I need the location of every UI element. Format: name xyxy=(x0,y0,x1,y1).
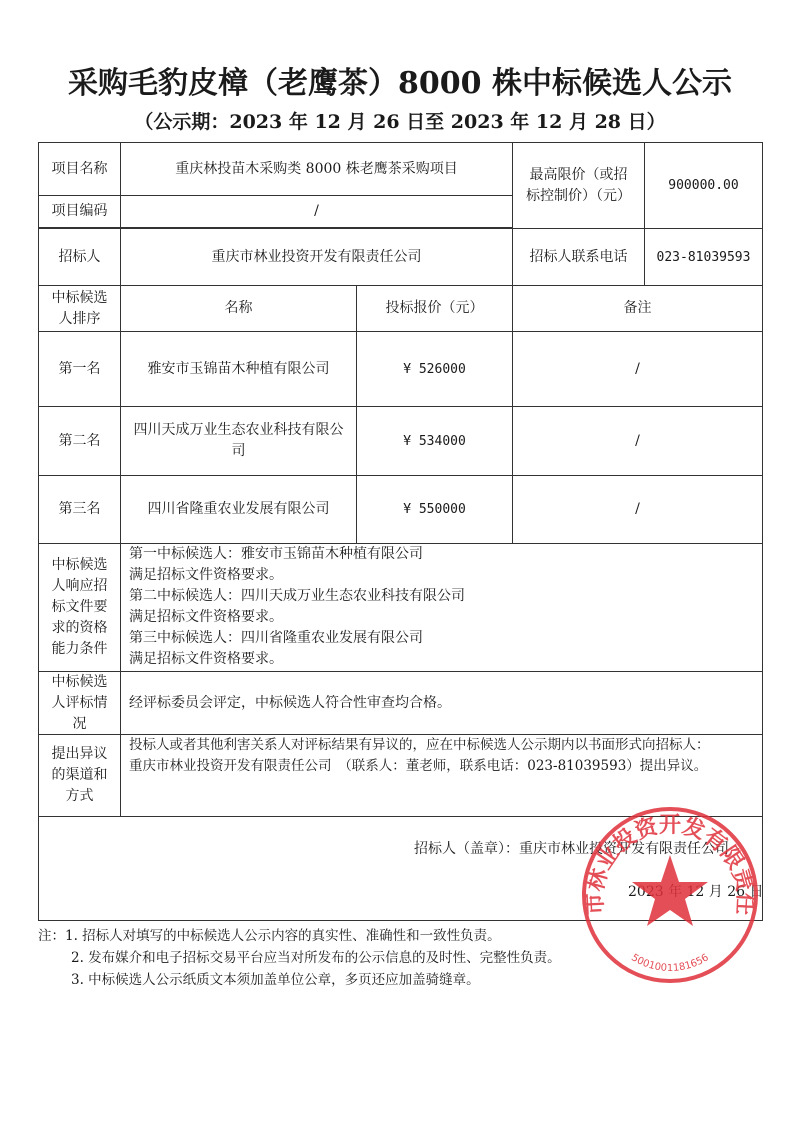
evaluation-value: 经评标委员会评定，中标候选人符合性审查均合格。 xyxy=(120,671,763,735)
project-name-value: 重庆林投苗木采购类 8000 株老鹰茶采购项目 xyxy=(120,142,513,196)
qualification-line: 满足招标文件资格要求。 xyxy=(129,607,283,628)
evaluation-label: 中标候选人评标情况 xyxy=(38,671,121,735)
tenderer-phone-value: 023-81039593 xyxy=(644,228,763,286)
qualification-line: 第二中标候选人：四川天成万业生态农业科技有限公司 xyxy=(129,586,465,607)
qualification-label: 中标候选人响应招标文件要求的资格能力条件 xyxy=(38,543,121,672)
table-row-price: ¥ 534000 xyxy=(356,406,513,476)
table-row-rank: 第二名 xyxy=(38,406,121,476)
table-row-rank: 第一名 xyxy=(38,331,121,407)
objection-details: 投标人或者其他利害关系人对评标结果有异议的，应在中标候选人公示期内以书面形式向招… xyxy=(120,734,763,817)
table-row-remark: / xyxy=(512,331,763,407)
svg-text:5001001181656: 5001001181656 xyxy=(629,952,711,974)
tenderer-value: 重庆市林业投资开发有限责任公司 xyxy=(120,228,513,286)
tenderer-phone-label: 招标人联系电话 xyxy=(512,228,645,286)
table-row-rank: 第三名 xyxy=(38,475,121,544)
table-row-remark: / xyxy=(512,475,763,544)
table-row-name: 四川天成万业生态农业科技有限公司 xyxy=(120,406,357,476)
stamp-line: 招标人（盖章）：重庆市林业投资开发有限责任公司 xyxy=(414,838,729,858)
header-name: 名称 xyxy=(120,285,357,332)
project-code-value: / xyxy=(120,195,513,228)
tenderer-label: 招标人 xyxy=(38,228,121,286)
objection-line: 重庆市林业投资开发有限责任公司 （联系人：董老师，联系电话：023-810395… xyxy=(129,756,707,777)
table-row-name: 雅安市玉锦苗木种植有限公司 xyxy=(120,331,357,407)
header-rank: 中标候选人排序 xyxy=(38,285,121,332)
table-row-price: ¥ 526000 xyxy=(356,331,513,407)
max-price-value: 900000.00 xyxy=(644,142,763,229)
project-code-label: 项目编码 xyxy=(38,195,121,228)
qualification-line: 第一中标候选人：雅安市玉锦苗木种植有限公司 xyxy=(129,544,423,565)
table-row-price: ¥ 550000 xyxy=(356,475,513,544)
qualification-details: 第一中标候选人：雅安市玉锦苗木种植有限公司 满足招标文件资格要求。 第二中标候选… xyxy=(120,543,763,672)
publicity-period: （公示期：2023 年 12 月 26 日至 2023 年 12 月 28 日） xyxy=(0,107,800,134)
page-title: 采购毛豹皮樟（老鹰茶）8000 株中标候选人公示 xyxy=(0,58,800,102)
note-item: 注：1. 招标人对填写的中标候选人公示内容的真实性、准确性和一致性负责。 xyxy=(38,925,561,947)
qualification-line: 满足招标文件资格要求。 xyxy=(129,649,283,670)
header-price: 投标报价（元） xyxy=(356,285,513,332)
objection-label: 提出异议的渠道和方式 xyxy=(38,734,121,817)
signature-block xyxy=(38,816,763,921)
table-row-remark: / xyxy=(512,406,763,476)
max-price-label: 最高限价（或招标控制价）（元） xyxy=(512,142,645,229)
note-item: 2. 发布媒介和电子招标交易平台应当对所发布的公示信息的及时性、完整性负责。 xyxy=(38,947,561,969)
qualification-line: 第三中标候选人：四川省隆重农业发展有限公司 xyxy=(129,628,423,649)
header-remark: 备注 xyxy=(512,285,763,332)
signature-date: 2023 年 12 月 26 日 xyxy=(628,881,764,901)
notes: 注：1. 招标人对填写的中标候选人公示内容的真实性、准确性和一致性负责。 2. … xyxy=(38,925,561,991)
qualification-line: 满足招标文件资格要求。 xyxy=(129,565,283,586)
note-item: 3. 中标候选人公示纸质文本须加盖单位公章，多页还应加盖骑缝章。 xyxy=(38,969,561,991)
project-name-label: 项目名称 xyxy=(38,142,121,196)
table-row-name: 四川省隆重农业发展有限公司 xyxy=(120,475,357,544)
objection-line: 投标人或者其他利害关系人对评标结果有异议的，应在中标候选人公示期内以书面形式向招… xyxy=(129,735,710,756)
